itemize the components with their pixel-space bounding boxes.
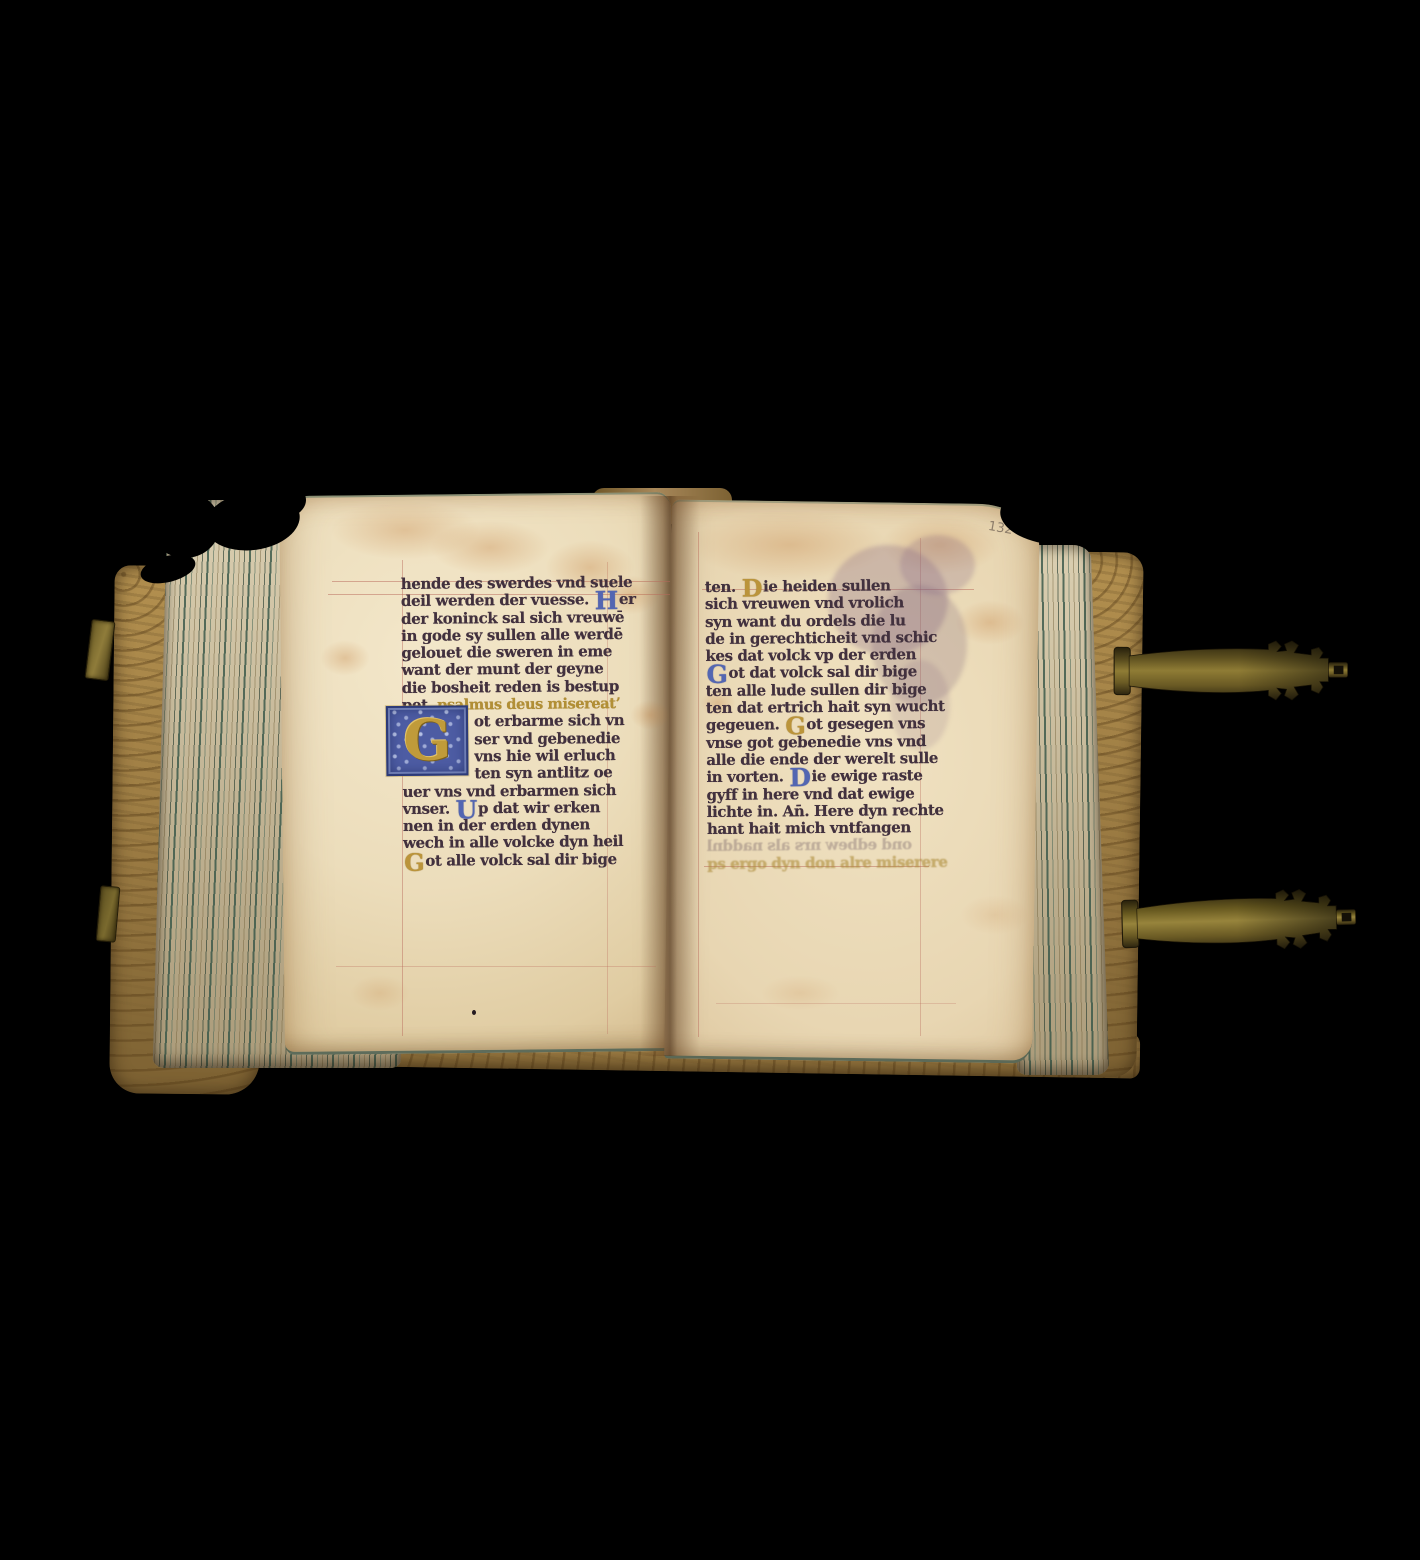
manuscript-text-line: gegeuen. Got gesegen vns	[706, 714, 934, 733]
text-column-left: G hende des swerdes vnd sueledeil werden…	[401, 573, 619, 869]
foxing-spot	[350, 975, 410, 1011]
text-segment: ot alle volck sal dir bige	[425, 850, 617, 870]
manuscript-text-line: in vorten. Die ewige raste	[706, 766, 934, 785]
manuscript-text-line: uer vns vnd erbarmen sich	[403, 781, 618, 800]
manuscript-text-line: Got dat volck sal dir bige	[705, 662, 933, 681]
manuscript-text-line: ten. Die heiden sullen	[705, 576, 933, 595]
text-segment: ser vnd gebenedie	[474, 729, 620, 748]
ruling-line	[698, 532, 699, 1037]
text-segment: in vorten.	[706, 768, 788, 787]
photograph-open-manuscript: G hende des swerdes vnd sueledeil werden…	[0, 0, 1420, 1560]
foxing-spot	[430, 520, 550, 575]
manuscript-text-line: de in gerechticheit vnd schic	[705, 628, 933, 647]
text-segment: vnser.	[403, 799, 455, 817]
manuscript-text-line: hant hait mich vntfangen	[707, 818, 935, 837]
manuscript-text-line: gyff in here vnd dat ewige	[707, 784, 935, 803]
manuscript-text-line: sich vreuwen vnd vrolich	[705, 593, 933, 612]
manuscript-text-line: ps ergo dyn don alre miserere	[707, 853, 935, 872]
text-segment: ps ergo dyn don alre miserere	[707, 853, 947, 873]
manuscript-text-line: want der munt der geyne	[401, 660, 616, 679]
text-column-right: ten. Die heiden sullensich vreuwen vnd v…	[705, 576, 936, 872]
manuscript-text-line: syn want du ordels die lu	[705, 611, 933, 630]
ruling-line	[716, 1003, 956, 1004]
manuscript-text-line: lichte in. An̄. Here dyn rechte	[707, 801, 935, 820]
foxing-spot	[630, 700, 670, 730]
manuscript-text-line: der koninck sal sich vreuwē	[401, 608, 616, 627]
illuminated-initial-letter: G	[403, 713, 451, 769]
illuminated-initial: G	[386, 705, 469, 776]
manuscript-text-line: Got alle volck sal dir bige	[403, 850, 618, 869]
foxing-spot	[960, 895, 1030, 935]
manuscript-text-line: nen in der erden dynen	[403, 815, 618, 834]
manuscript-text-line: vnse got gebenedie vns vnd	[706, 732, 934, 751]
text-segment: ten.	[705, 578, 741, 596]
manuscript-text-line: in gode sy sullen alle werdē	[401, 625, 616, 644]
manuscript-text-line: deil werden der vuesse. Her	[401, 590, 616, 609]
text-segment: ie heiden sullen	[763, 576, 891, 595]
manuscript-text-line: die bosheit reden is bestup	[402, 677, 617, 696]
manuscript-text-line: gelouet die sweren in eme	[401, 642, 616, 661]
ink-dot	[472, 1010, 476, 1015]
text-segment: G	[404, 847, 424, 876]
text-segment: vns hie wil erluch	[474, 746, 615, 765]
foxing-spot	[760, 975, 840, 1011]
text-segment: ie ewige raste	[812, 766, 923, 785]
manuscript-text-line: ond edbew nrs als naddnl	[707, 835, 935, 854]
foxing-spot	[320, 640, 370, 676]
text-segment: ten syn antlitz oe	[474, 763, 612, 782]
manuscript-text-line: vnser. Up dat wir erken	[403, 798, 618, 817]
clasp-catch-top	[84, 619, 115, 681]
manuscript-text-line: wech in alle volcke dyn heil	[403, 833, 618, 852]
ruling-line	[336, 966, 656, 967]
text-segment: ot erbarme sich vn	[474, 711, 624, 730]
clasp-bottom	[1119, 877, 1361, 965]
text-segment: ot gesegen vns	[806, 714, 925, 733]
text-segment: gegeuen.	[706, 716, 784, 735]
text-segment: er	[619, 590, 636, 608]
clasp-top	[1112, 630, 1352, 712]
manuscript-text-line: ten alle lude sullen dir bige	[706, 680, 934, 699]
silhouette-notch	[246, 480, 306, 520]
text-segment: p dat wir erken	[478, 798, 600, 817]
